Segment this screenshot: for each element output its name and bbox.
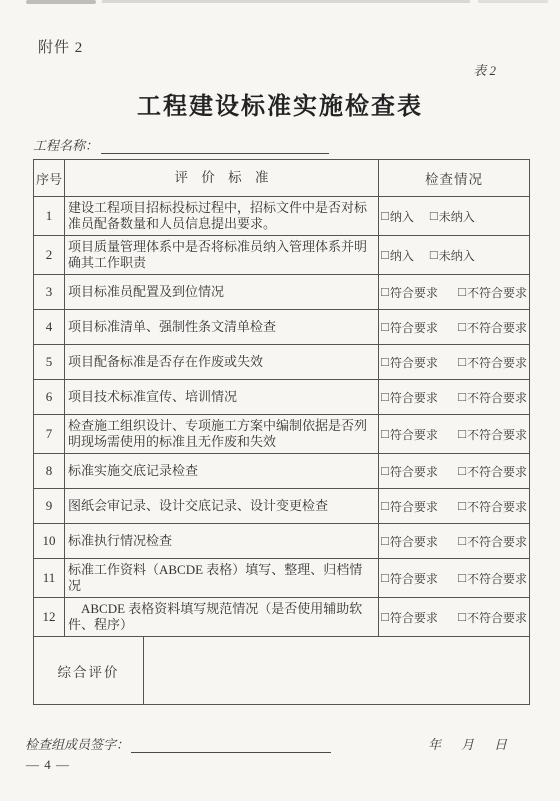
checkbox-option[interactable]: □不符合要求 bbox=[458, 533, 527, 550]
table-row: 9 图纸会审记录、设计交底记录、设计变更检查 □符合要求□不符合要求 bbox=[34, 489, 529, 524]
table-row: 5 项目配备标准是否存在作废或失效 □符合要求□不符合要求 bbox=[34, 345, 529, 380]
page-number: — 4 — bbox=[26, 757, 70, 773]
checkbox-icon: □ bbox=[458, 535, 466, 547]
checkbox-icon: □ bbox=[381, 465, 389, 477]
checkbox-option[interactable]: □符合要求 bbox=[381, 389, 438, 406]
row-criteria: 标准实施交底记录检查 bbox=[65, 454, 379, 488]
table-header-row: 序号 评 价 标 准 检查情况 bbox=[34, 160, 529, 197]
row-check-options: □符合要求□不符合要求 bbox=[379, 524, 529, 558]
checkbox-option-label: 不符合要求 bbox=[467, 533, 527, 550]
checkbox-option-label: 未纳入 bbox=[439, 208, 475, 225]
table-ref-label: 表 2 bbox=[473, 60, 496, 79]
row-index: 11 bbox=[34, 559, 65, 597]
checkbox-option[interactable]: □符合要求 bbox=[381, 319, 438, 336]
row-check-options: □纳入□未纳入 bbox=[379, 236, 529, 274]
scan-artifact bbox=[478, 0, 548, 3]
row-index: 1 bbox=[34, 197, 65, 235]
checkbox-option-label: 不符合要求 bbox=[467, 570, 527, 587]
checkbox-option-label: 不符合要求 bbox=[467, 354, 527, 371]
table-row: 6 项目技术标准宣传、培训情况 □符合要求□不符合要求 bbox=[34, 380, 529, 415]
checkbox-option-label: 不符合要求 bbox=[467, 319, 527, 336]
row-check-options: □符合要求□不符合要求 bbox=[379, 380, 529, 414]
checkbox-icon: □ bbox=[381, 500, 389, 512]
checkbox-icon: □ bbox=[458, 391, 466, 403]
checkbox-option-label: 不符合要求 bbox=[467, 284, 527, 301]
table-row: 11 标准工作资料（ABCDE 表格）填写、整理、归档情况 □符合要求□不符合要… bbox=[34, 559, 529, 598]
row-criteria: ABCDE 表格资料填写规范情况（是否使用辅助软件、程序） bbox=[65, 598, 379, 636]
checkbox-option[interactable]: □符合要求 bbox=[381, 463, 438, 480]
signature-label: 检查组成员签字： bbox=[25, 734, 129, 753]
checkbox-icon: □ bbox=[430, 210, 438, 222]
row-criteria: 项目质量管理体系中是否将标准员纳入管理体系并明确其工作职责 bbox=[65, 236, 379, 274]
row-index: 9 bbox=[34, 489, 65, 523]
scan-artifact bbox=[102, 0, 470, 3]
checkbox-option-label: 符合要求 bbox=[390, 498, 438, 515]
row-index: 7 bbox=[34, 415, 65, 453]
checkbox-option-label: 不符合要求 bbox=[467, 609, 527, 626]
row-index: 6 bbox=[34, 380, 65, 414]
checkbox-option-label: 纳入 bbox=[390, 247, 414, 264]
col-header-index: 序号 bbox=[34, 160, 65, 196]
date-day-label: 日 bbox=[494, 734, 507, 753]
date-year-label: 年 bbox=[428, 734, 441, 753]
col-header-criteria: 评 价 标 准 bbox=[65, 160, 379, 196]
row-criteria: 检查施工组织设计、专项施工方案中编制依据是否列明现场需使用的标准且无作废和失效 bbox=[65, 415, 379, 453]
page-title: 工程建设标准实施检查表 bbox=[0, 86, 560, 121]
checkbox-icon: □ bbox=[458, 286, 466, 298]
attachment-label: 附件 2 bbox=[38, 36, 83, 57]
summary-label: 综合评价 bbox=[34, 637, 144, 704]
row-check-options: □符合要求□不符合要求 bbox=[379, 310, 529, 344]
table-row: 10 标准执行情况检查 □符合要求□不符合要求 bbox=[34, 524, 529, 559]
checkbox-option-label: 符合要求 bbox=[390, 533, 438, 550]
checkbox-icon: □ bbox=[458, 572, 466, 584]
table-row: 8 标准实施交底记录检查 □符合要求□不符合要求 bbox=[34, 454, 529, 489]
checkbox-option[interactable]: □符合要求 bbox=[381, 498, 438, 515]
checkbox-icon: □ bbox=[381, 321, 389, 333]
checkbox-icon: □ bbox=[430, 249, 438, 261]
checkbox-option[interactable]: □不符合要求 bbox=[458, 354, 527, 371]
checkbox-option[interactable]: □符合要求 bbox=[381, 426, 438, 443]
checkbox-option-label: 符合要求 bbox=[390, 609, 438, 626]
checkbox-option[interactable]: □符合要求 bbox=[381, 570, 438, 587]
row-index: 12 bbox=[34, 598, 65, 636]
checkbox-option-label: 未纳入 bbox=[439, 247, 475, 264]
checkbox-option[interactable]: □纳入 bbox=[381, 247, 414, 264]
project-name-label: 工程名称： bbox=[33, 135, 98, 154]
table-row: 3 项目标准员配置及到位情况 □符合要求□不符合要求 bbox=[34, 275, 529, 310]
row-check-options: □纳入□未纳入 bbox=[379, 197, 529, 235]
table-row: 2 项目质量管理体系中是否将标准员纳入管理体系并明确其工作职责 □纳入□未纳入 bbox=[34, 236, 529, 275]
table-row: 4 项目标准清单、强制性条文清单检查 □符合要求□不符合要求 bbox=[34, 310, 529, 345]
checkbox-option-label: 符合要求 bbox=[390, 463, 438, 480]
row-criteria: 图纸会审记录、设计交底记录、设计变更检查 bbox=[65, 489, 379, 523]
row-index: 5 bbox=[34, 345, 65, 379]
checkbox-option[interactable]: □符合要求 bbox=[381, 354, 438, 371]
checkbox-icon: □ bbox=[381, 249, 389, 261]
signature-row: 检查组成员签字： bbox=[25, 734, 331, 753]
signature-blank-line[interactable] bbox=[131, 737, 331, 753]
checkbox-option[interactable]: □不符合要求 bbox=[458, 284, 527, 301]
checkbox-icon: □ bbox=[381, 391, 389, 403]
checkbox-option-label: 不符合要求 bbox=[467, 389, 527, 406]
checkbox-icon: □ bbox=[381, 535, 389, 547]
row-check-options: □符合要求□不符合要求 bbox=[379, 559, 529, 597]
row-check-options: □符合要求□不符合要求 bbox=[379, 345, 529, 379]
checkbox-icon: □ bbox=[381, 611, 389, 623]
summary-row: 综合评价 bbox=[34, 637, 529, 704]
checkbox-option[interactable]: □符合要求 bbox=[381, 609, 438, 626]
row-index: 4 bbox=[34, 310, 65, 344]
checkbox-icon: □ bbox=[381, 428, 389, 440]
checkbox-option[interactable]: □不符合要求 bbox=[458, 426, 527, 443]
checkbox-option[interactable]: □不符合要求 bbox=[458, 389, 527, 406]
row-check-options: □符合要求□不符合要求 bbox=[379, 415, 529, 453]
checkbox-icon: □ bbox=[381, 572, 389, 584]
date-row: 年 月 日 bbox=[428, 734, 507, 753]
row-index: 10 bbox=[34, 524, 65, 558]
checkbox-icon: □ bbox=[381, 210, 389, 222]
checkbox-option-label: 纳入 bbox=[390, 208, 414, 225]
col-header-check: 检查情况 bbox=[379, 160, 529, 196]
table-row: 7 检查施工组织设计、专项施工方案中编制依据是否列明现场需使用的标准且无作废和失… bbox=[34, 415, 529, 454]
checkbox-option[interactable]: □不符合要求 bbox=[458, 498, 527, 515]
row-criteria: 项目配备标准是否存在作废或失效 bbox=[65, 345, 379, 379]
checkbox-icon: □ bbox=[458, 611, 466, 623]
checkbox-icon: □ bbox=[458, 321, 466, 333]
table-row: 12 ABCDE 表格资料填写规范情况（是否使用辅助软件、程序） □符合要求□不… bbox=[34, 598, 529, 637]
inspection-table: 序号 评 价 标 准 检查情况 1 建设工程项目招标投标过程中，招标文件中是否对… bbox=[33, 159, 530, 705]
row-check-options: □符合要求□不符合要求 bbox=[379, 598, 529, 636]
checkbox-option[interactable]: □符合要求 bbox=[381, 533, 438, 550]
row-criteria: 建设工程项目招标投标过程中，招标文件中是否对标准员配备数量和人员信息提出要求。 bbox=[65, 197, 379, 235]
row-criteria: 标准工作资料（ABCDE 表格）填写、整理、归档情况 bbox=[65, 559, 379, 597]
row-check-options: □符合要求□不符合要求 bbox=[379, 275, 529, 309]
checkbox-icon: □ bbox=[458, 465, 466, 477]
scan-artifact bbox=[26, 0, 96, 4]
date-month-label: 月 bbox=[461, 734, 474, 753]
row-criteria: 项目技术标准宣传、培训情况 bbox=[65, 380, 379, 414]
checkbox-icon: □ bbox=[381, 286, 389, 298]
checkbox-option-label: 符合要求 bbox=[390, 389, 438, 406]
checkbox-option[interactable]: □不符合要求 bbox=[458, 570, 527, 587]
checkbox-option-label: 符合要求 bbox=[390, 284, 438, 301]
project-name-row: 工程名称： bbox=[33, 135, 329, 154]
checkbox-option[interactable]: □不符合要求 bbox=[458, 609, 527, 626]
row-criteria: 项目标准清单、强制性条文清单检查 bbox=[65, 310, 379, 344]
checkbox-option[interactable]: □不符合要求 bbox=[458, 319, 527, 336]
checkbox-option-label: 符合要求 bbox=[390, 426, 438, 443]
checkbox-icon: □ bbox=[381, 356, 389, 368]
checkbox-option[interactable]: □不符合要求 bbox=[458, 463, 527, 480]
checkbox-option-label: 不符合要求 bbox=[467, 498, 527, 515]
row-index: 8 bbox=[34, 454, 65, 488]
checkbox-option-label: 不符合要求 bbox=[467, 463, 527, 480]
checkbox-option-label: 符合要求 bbox=[390, 570, 438, 587]
row-criteria: 标准执行情况检查 bbox=[65, 524, 379, 558]
checkbox-icon: □ bbox=[458, 428, 466, 440]
checkbox-option[interactable]: □纳入 bbox=[381, 208, 414, 225]
checkbox-option[interactable]: □未纳入 bbox=[430, 247, 475, 264]
project-name-blank-line[interactable] bbox=[101, 138, 329, 154]
row-index: 3 bbox=[34, 275, 65, 309]
checkbox-icon: □ bbox=[458, 500, 466, 512]
table-row: 1 建设工程项目招标投标过程中，招标文件中是否对标准员配备数量和人员信息提出要求… bbox=[34, 197, 529, 236]
checkbox-option-label: 不符合要求 bbox=[467, 426, 527, 443]
checkbox-option-label: 符合要求 bbox=[390, 354, 438, 371]
row-index: 2 bbox=[34, 236, 65, 274]
checkbox-option[interactable]: □符合要求 bbox=[381, 284, 438, 301]
summary-fill-area[interactable] bbox=[144, 637, 529, 704]
checkbox-icon: □ bbox=[458, 356, 466, 368]
checkbox-option-label: 符合要求 bbox=[390, 319, 438, 336]
row-check-options: □符合要求□不符合要求 bbox=[379, 454, 529, 488]
checkbox-option[interactable]: □未纳入 bbox=[430, 208, 475, 225]
row-check-options: □符合要求□不符合要求 bbox=[379, 489, 529, 523]
row-criteria: 项目标准员配置及到位情况 bbox=[65, 275, 379, 309]
